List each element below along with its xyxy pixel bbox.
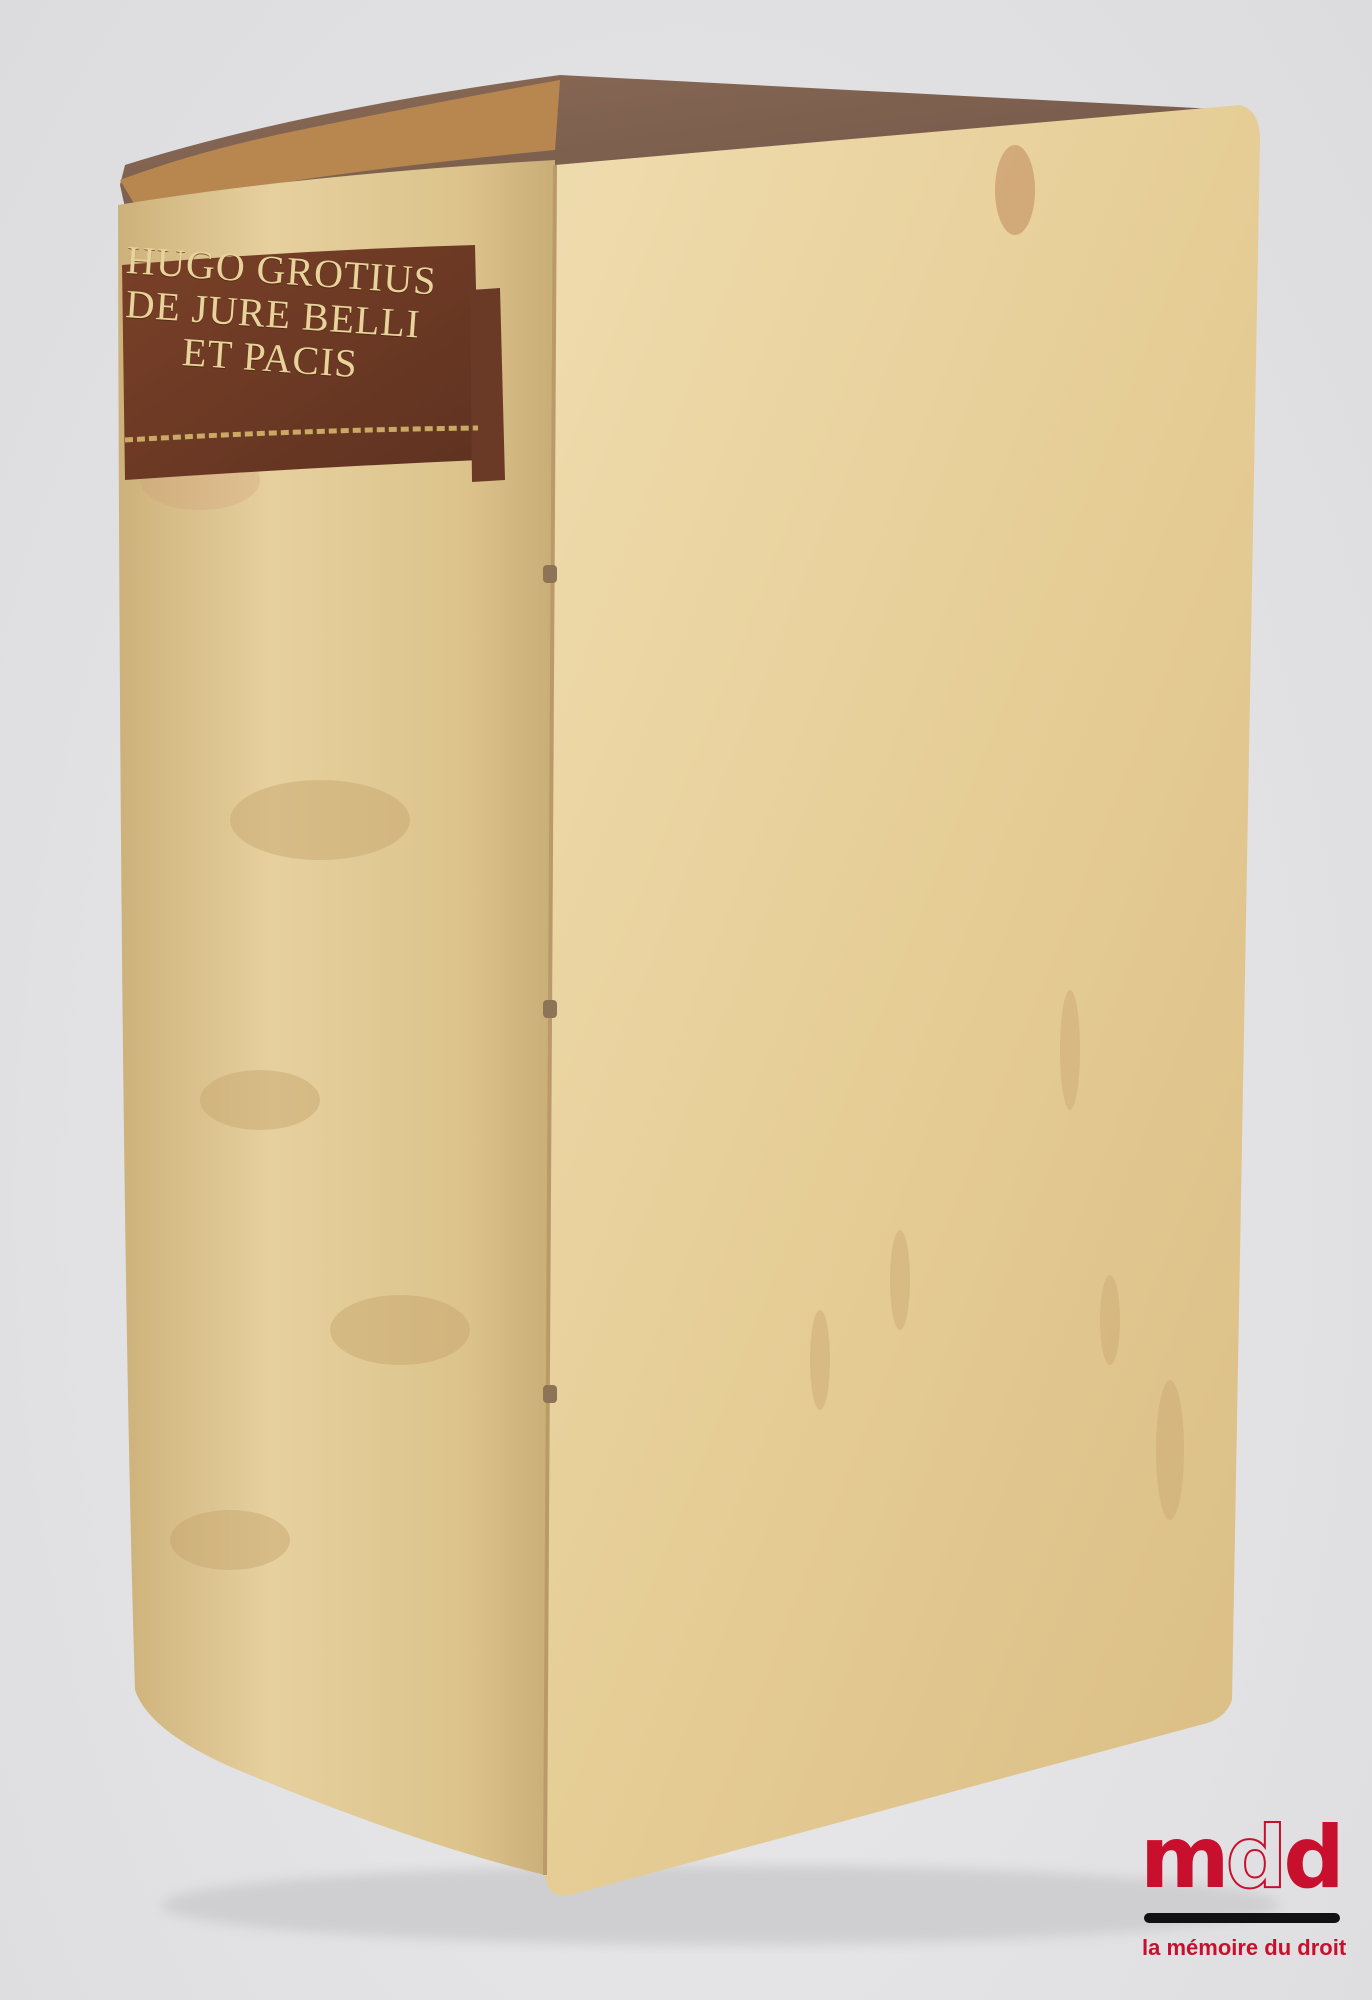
logo-mark-m: m (1140, 1808, 1226, 1908)
logo-mark-d: d (1283, 1808, 1341, 1908)
mdd-logo: mdd la mémoire du droit (1140, 1815, 1360, 1961)
spine-title-label: HUGO GROTIUS DE JURE BELLI ET PACIS (119, 238, 427, 391)
logo-divider-bar (1144, 1913, 1340, 1923)
logo-tagline: la mémoire du droit (1142, 1935, 1360, 1961)
logo-mark: mdd (1140, 1815, 1360, 1901)
logo-mark-d-outline: d (1226, 1808, 1284, 1908)
